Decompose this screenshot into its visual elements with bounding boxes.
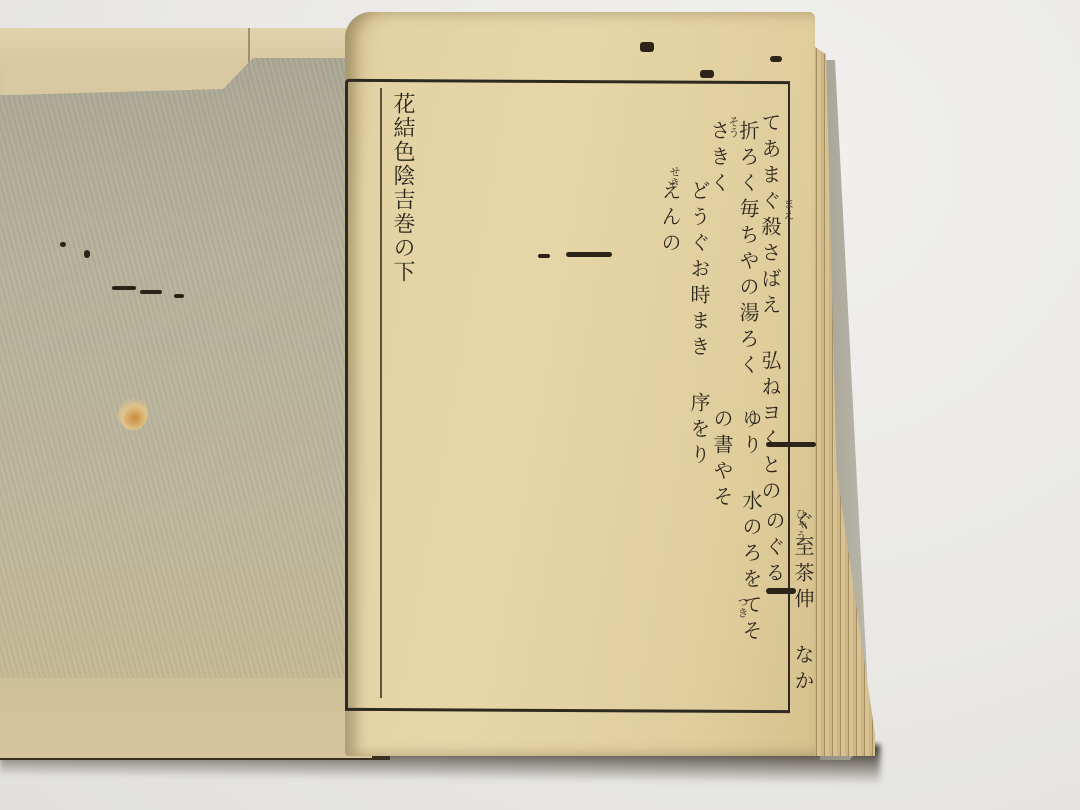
furigana: ひゃう (792, 508, 808, 541)
wormhole-mark (84, 250, 90, 258)
furigana: まえ (780, 198, 796, 220)
text-column: どうぐお時まき 序をりえんの (656, 180, 714, 480)
furigana: つき (734, 596, 750, 618)
tissue-interleaf (0, 58, 372, 678)
wormhole-mark (770, 56, 782, 62)
photo-scene: 花結色陰吉巻の下 てあまぐ殺さばえ 弘ねヨくとの まえ ぐ至茶伸 なかのぐる ひ… (0, 0, 1080, 810)
wormhole-mark (640, 42, 654, 52)
left-page-bottom-margin (0, 678, 372, 758)
wormhole-mark (174, 294, 184, 298)
foxing-stain (118, 396, 148, 430)
furigana: そう (725, 116, 741, 138)
left-page (0, 28, 390, 760)
wormhole-mark (140, 290, 162, 294)
book-title-column: 花結色陰吉巻の下 (388, 92, 418, 284)
bleed-through-text (440, 120, 465, 640)
title-column-rule (380, 88, 382, 698)
wormhole-mark (700, 70, 714, 78)
furigana: せき (666, 166, 682, 188)
text-column: ゆり 水のろをてそ の書やそ (708, 408, 766, 698)
text-column: ぐ至茶伸 なかのぐる (760, 510, 818, 710)
wormhole-mark (60, 242, 66, 247)
wormhole-mark (112, 286, 136, 290)
